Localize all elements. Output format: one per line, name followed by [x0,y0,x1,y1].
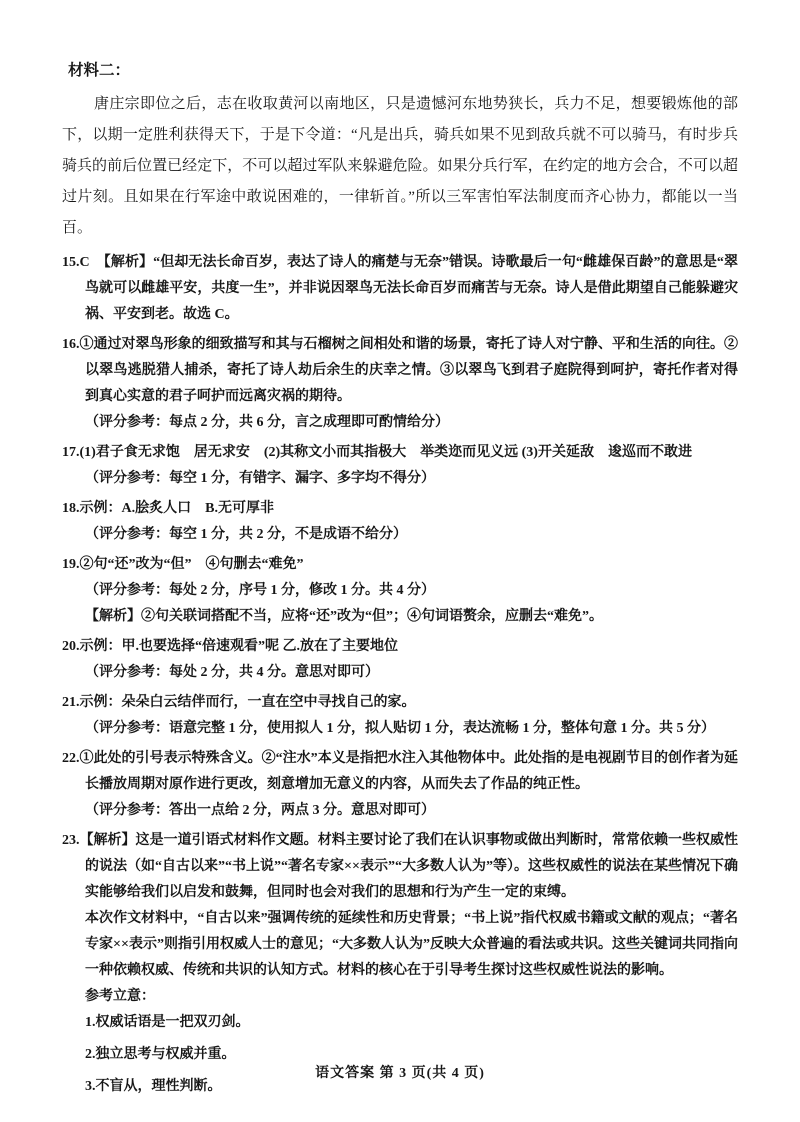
material2-paragraph: 唐庄宗即位之后，志在收取黄河以南地区，只是遗憾河东地势狭长，兵力不足，想要锻炼他… [62,89,738,244]
answer-18-text: 18.示例：A.脍炙人口 B.无可厚非 [62,496,738,522]
page-footer: 语文答案 第 3 页(共 4 页) [0,1062,800,1082]
answer-17-score: （评分参考：每空 1 分，有错字、漏字、多字均不得分） [85,466,738,492]
answer-21-text: 21.示例：朵朵白云结伴而行，一直在空中寻找自己的家。 [62,690,738,716]
answer-23-text: 23.【解析】这是一道引语式材料作文题。材料主要讨论了我们在认识事物或做出判断时… [62,828,738,906]
answer-23-intent-heading: 参考立意： [85,984,738,1010]
answer-18-score: （评分参考：每空 1 分，共 2 分，不是成语不给分） [85,522,738,548]
material2-heading: 材料二： [68,58,738,84]
answer-15-text: 15.C 【解析】“但却无法长命百岁，表达了诗人的痛楚与无奈”错误。诗歌最后一句… [62,250,738,328]
answer-17-text: 17.(1)君子食无求饱 居无求安 (2)其称文小而其指极大 举类迩而见义远 (… [62,440,738,466]
answer-22-score: （评分参考：答出一点给 2 分，两点 3 分。意思对即可） [85,798,738,824]
answer-23-intent-1: 1.权威话语是一把双刃剑。 [85,1010,738,1036]
answer-20-text: 20.示例：甲.也要选择“倍速观看”呢 乙.放在了主要地位 [62,634,738,660]
answer-16-text: 16.①通过对翠鸟形象的细致描写和其与石榴树之间相处和谐的场景，寄托了诗人对宁静… [62,332,738,410]
answer-16-score: （评分参考：每点 2 分，共 6 分，言之成理即可酌情给分） [85,410,738,436]
answer-21-score: （评分参考：语意完整 1 分，使用拟人 1 分，拟人贴切 1 分，表达流畅 1 … [85,716,738,742]
answer-20-score: （评分参考：每处 2 分，共 4 分。意思对即可） [85,660,738,686]
answer-22-text: 22.①此处的引号表示特殊含义。②“注水”本义是指把水注入其他物体中。此处指的是… [62,746,738,798]
answer-19-analysis: 【解析】②句关联词搭配不当，应将“还”改为“但”；④句词语赘余，应删去“难免”。 [85,604,738,630]
answer-sheet-page: 材料二： 唐庄宗即位之后，志在收取黄河以南地区，只是遗憾河东地势狭长，兵力不足，… [0,0,800,1122]
answer-23-paragraph2: 本次作文材料中，“自古以来”强调传统的延续性和历史背景；“书上说”指代权威书籍或… [85,906,738,984]
answer-19-text: 19.②句“还”改为“但” ④句删去“难免” [62,552,738,578]
answer-19-score: （评分参考：每处 2 分，序号 1 分，修改 1 分。共 4 分） [85,578,738,604]
